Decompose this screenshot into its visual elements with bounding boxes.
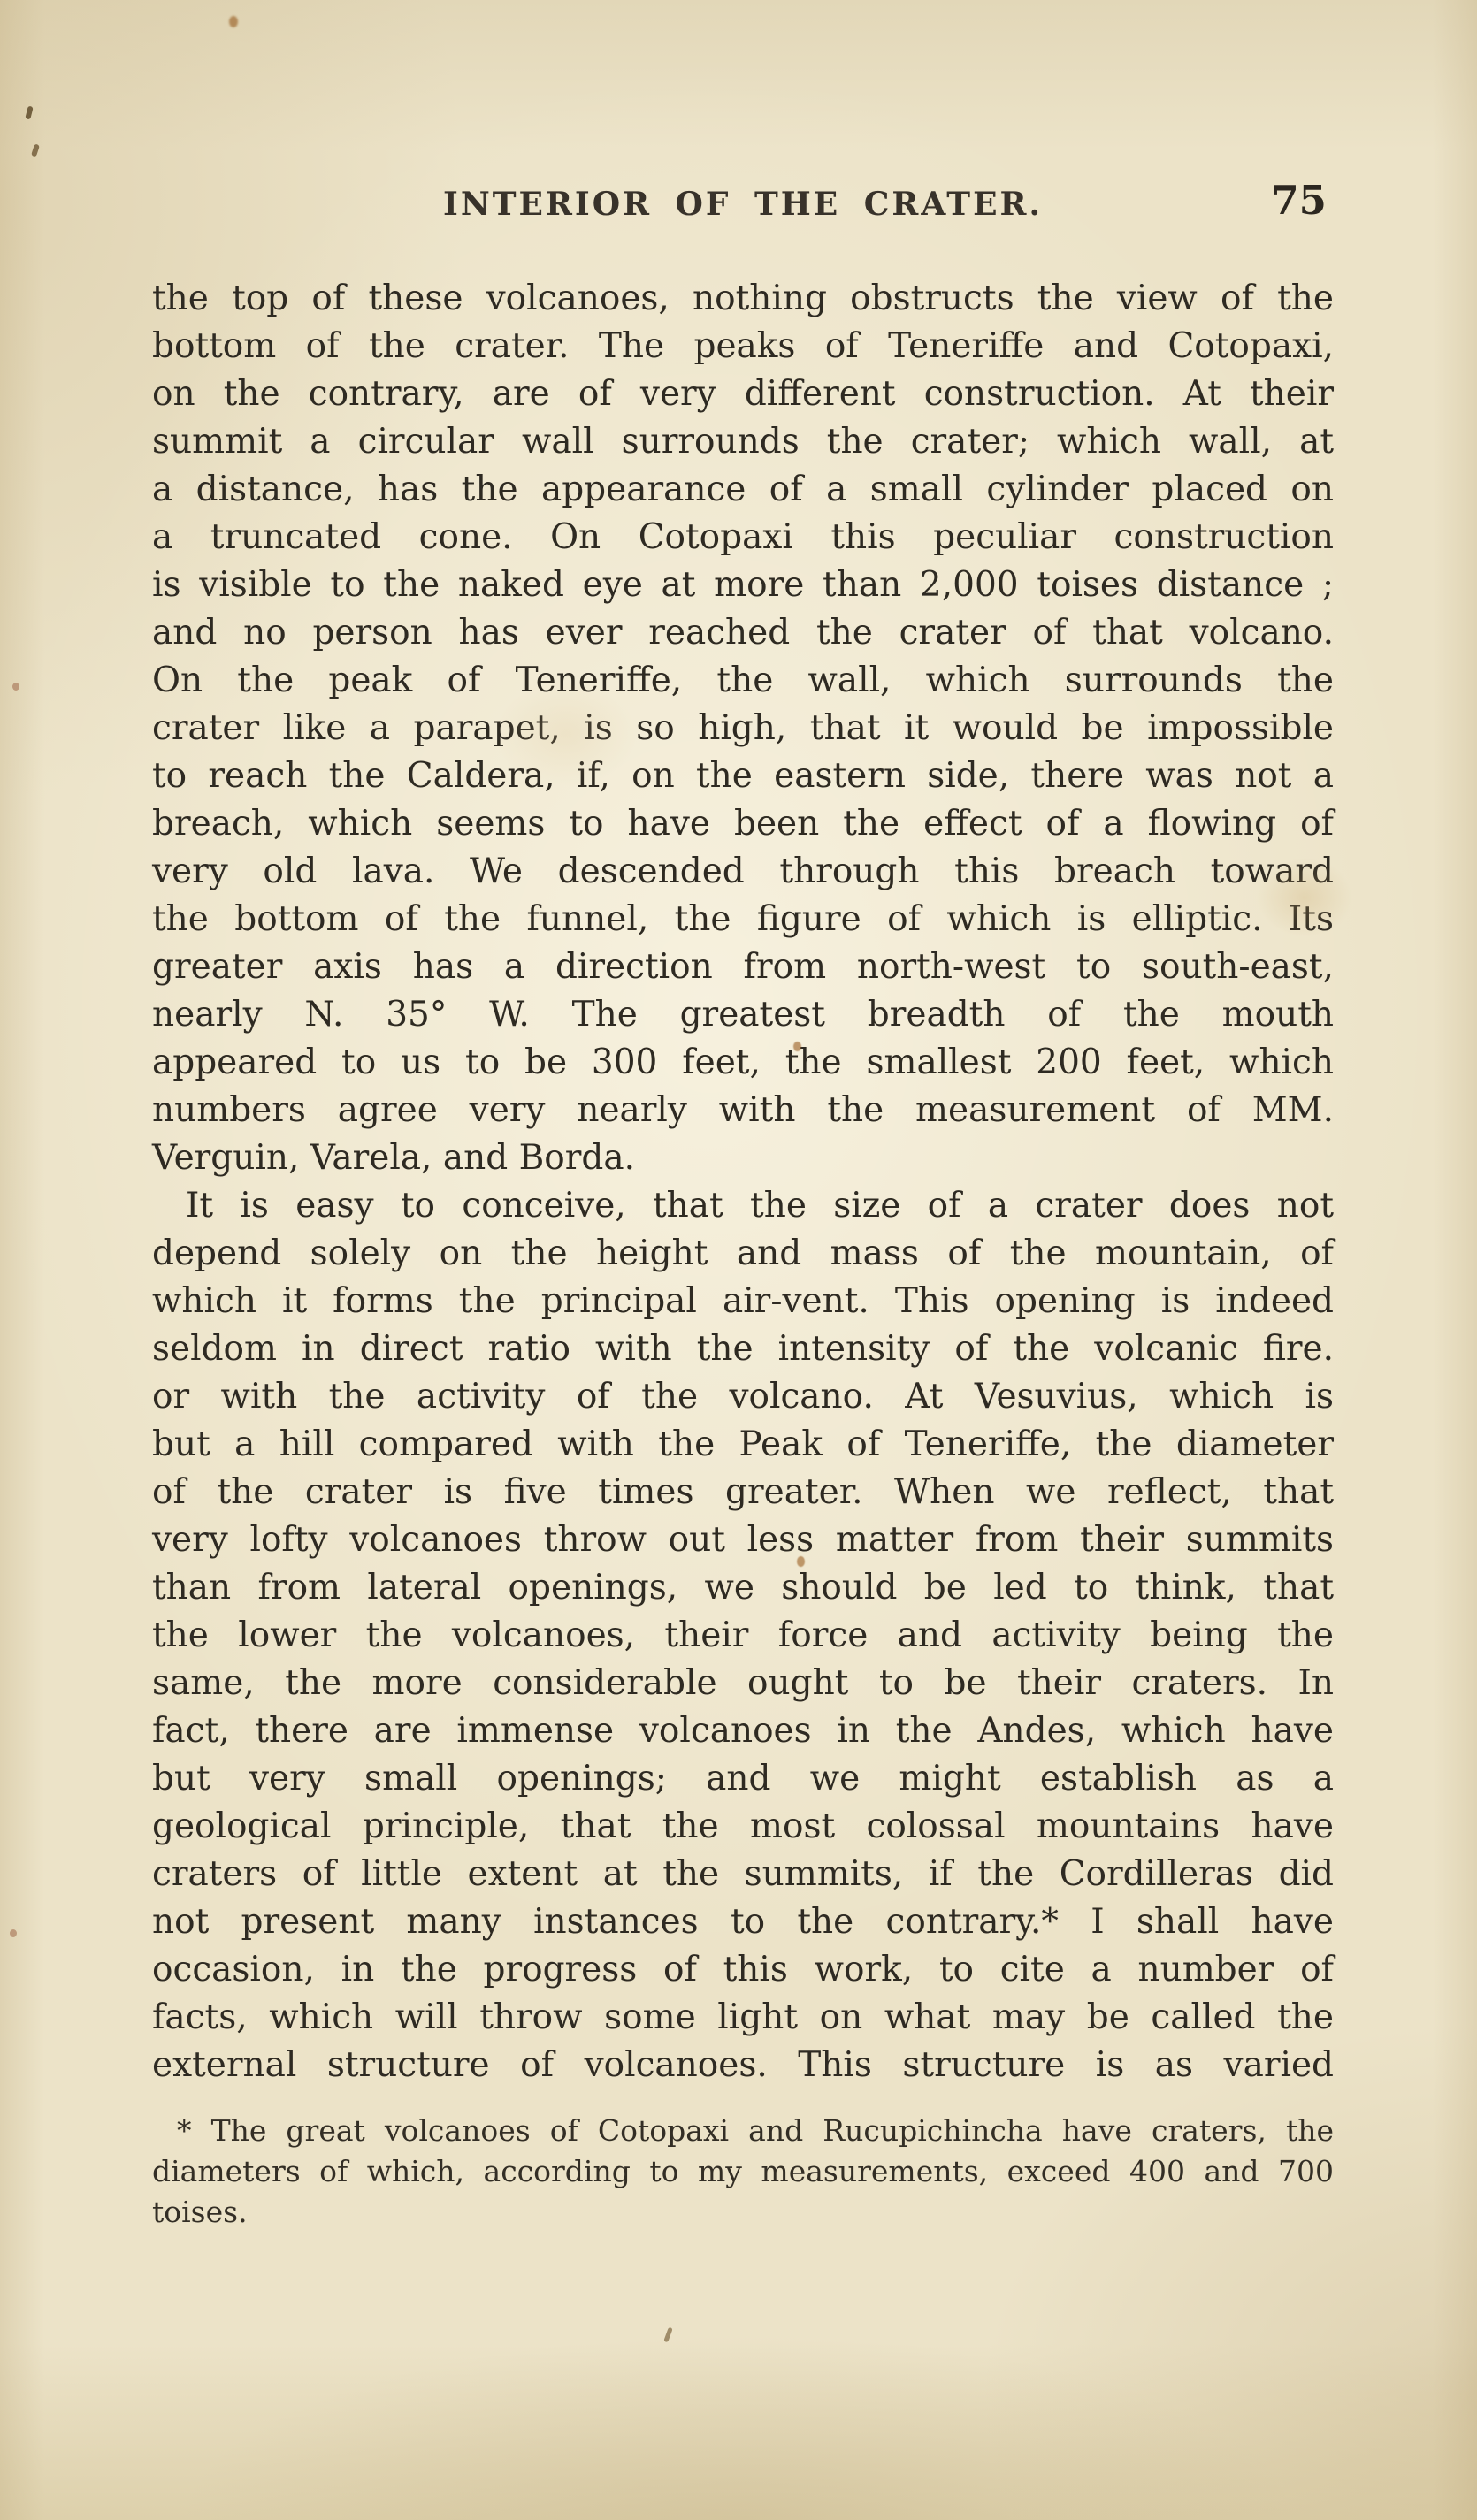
text-line: occasion, in the progress of this work, … [152,1946,1334,1994]
text-line: seldom in direct ratio with the intensit… [152,1325,1334,1373]
text-line: not present many instances to the contra… [152,1898,1334,1946]
paper-speck [31,143,40,157]
text-line: very old lava. We descended through this… [152,848,1334,896]
text-line: but very small openings; and we might es… [152,1755,1334,1803]
paper-speck [25,105,33,119]
text-line: very lofty volcanoes throw out less matt… [152,1516,1334,1564]
page-body: the top of these volcanoes, nothing obst… [152,275,1334,2233]
paragraph-2: It is easy to conceive, that the size of… [152,1182,1334,2089]
text-line: a distance, has the appearance of a smal… [152,466,1334,514]
text-line: of the crater is five times greater. Whe… [152,1469,1334,1516]
text-line: which it forms the principal air-vent. T… [152,1278,1334,1325]
text-line: depend solely on the height and mass of … [152,1230,1334,1278]
text-line: breach, which seems to have been the eff… [152,800,1334,848]
text-line: to reach the Caldera, if, on the eastern… [152,752,1334,800]
page-header: INTERIOR OF THE CRATER. 75 [152,186,1334,239]
paper-speck [229,16,238,27]
text-line: is visible to the naked eye at more than… [152,561,1334,609]
text-line: summit a circular wall surrounds the cra… [152,418,1334,466]
footnote: * The great volcanoes of Cotopaxi and Ru… [152,2111,1334,2233]
text-line: greater axis has a direction from north-… [152,943,1334,991]
text-line: Verguin, Varela, and Borda. [152,1134,1334,1182]
paper-speck [12,683,19,691]
page-number: 75 [1271,177,1327,224]
text-line: external structure of volcanoes. This st… [152,2042,1334,2089]
book-page: INTERIOR OF THE CRATER. 75 the top of th… [0,0,1477,2520]
text-line: but a hill compared with the Peak of Ten… [152,1421,1334,1469]
text-line: same, the more considerable ought to be … [152,1660,1334,1707]
text-line: on the contrary, are of very different c… [152,370,1334,418]
text-line: the bottom of the funnel, the figure of … [152,896,1334,943]
text-line: On the peak of Teneriffe, the wall, whic… [152,657,1334,705]
text-line: numbers agree very nearly with the measu… [152,1087,1334,1134]
text-line: geological principle, that the most colo… [152,1803,1334,1851]
text-line: It is easy to conceive, that the size of… [152,1182,1334,1230]
paragraph-1: the top of these volcanoes, nothing obst… [152,275,1334,1182]
text-line: crater like a parapet, is so high, that … [152,705,1334,752]
text-line: and no person has ever reached the crate… [152,609,1334,657]
text-line: or with the activity of the volcano. At … [152,1373,1334,1421]
text-line: the lower the volcanoes, their force and… [152,1612,1334,1660]
paper-speck [10,1929,17,1937]
running-title: INTERIOR OF THE CRATER. [152,186,1334,223]
text-line: than from lateral openings, we should be… [152,1564,1334,1612]
text-line: toises. [152,2192,1334,2233]
text-line: nearly N. 35° W. The greatest breadth of… [152,991,1334,1039]
text-line: facts, which will throw some light on wh… [152,1994,1334,2042]
text-line: craters of little extent at the summits,… [152,1851,1334,1898]
text-line: * The great volcanoes of Cotopaxi and Ru… [152,2111,1334,2151]
text-line: a truncated cone. On Cotopaxi this pecul… [152,514,1334,561]
text-line: bottom of the crater. The peaks of Tener… [152,323,1334,370]
text-line: diameters of which, according to my meas… [152,2151,1334,2192]
text-line: fact, there are immense volcanoes in the… [152,1707,1334,1755]
paper-speck [663,2327,673,2343]
text-line: the top of these volcanoes, nothing obst… [152,275,1334,323]
text-line: appeared to us to be 300 feet, the small… [152,1039,1334,1087]
